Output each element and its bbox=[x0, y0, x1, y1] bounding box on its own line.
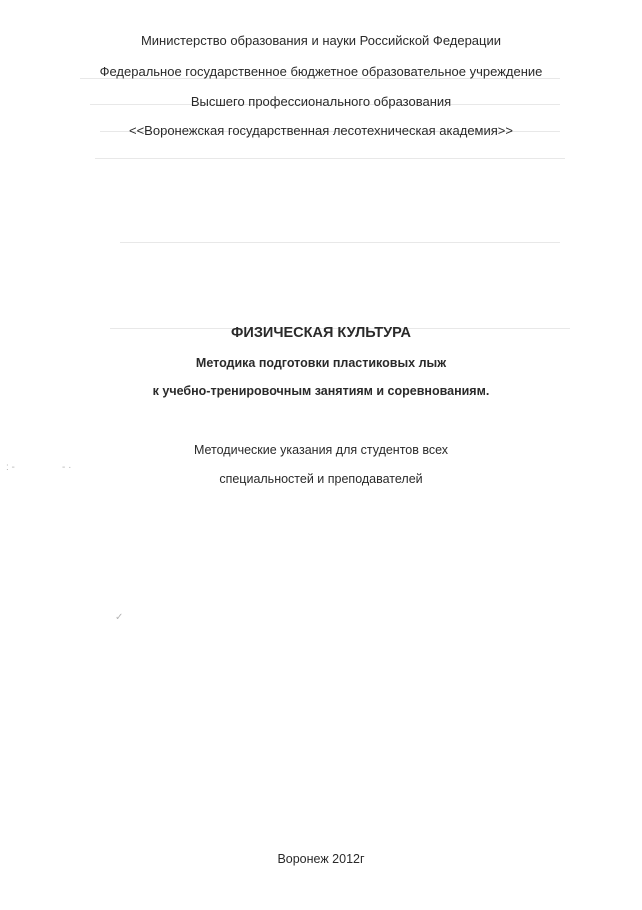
description-line-1: Методические указания для студентов всех bbox=[0, 443, 642, 457]
document-title: ФИЗИЧЕСКАЯ КУЛЬТУРА bbox=[0, 325, 642, 341]
subtitle-line-2: к учебно-тренировочным занятиям и соревн… bbox=[0, 384, 642, 398]
scan-mark: ✓ bbox=[115, 612, 123, 623]
subtitle-line-1: Методика подготовки пластиковых лыж bbox=[0, 356, 642, 370]
ministry-line: Министерство образования и науки Российс… bbox=[0, 33, 642, 48]
description-line-2: специальностей и преподавателей bbox=[0, 472, 642, 486]
institution-type-line: Федеральное государственное бюджетное об… bbox=[0, 64, 642, 79]
education-level-line: Высшего профессионального образования bbox=[0, 94, 642, 109]
bleed-through-line bbox=[95, 158, 565, 159]
academy-name-line: <<Воронежская государственная лесотехнич… bbox=[0, 123, 642, 138]
bleed-through-line bbox=[120, 242, 560, 243]
place-year: Воронеж 2012г bbox=[0, 852, 642, 866]
